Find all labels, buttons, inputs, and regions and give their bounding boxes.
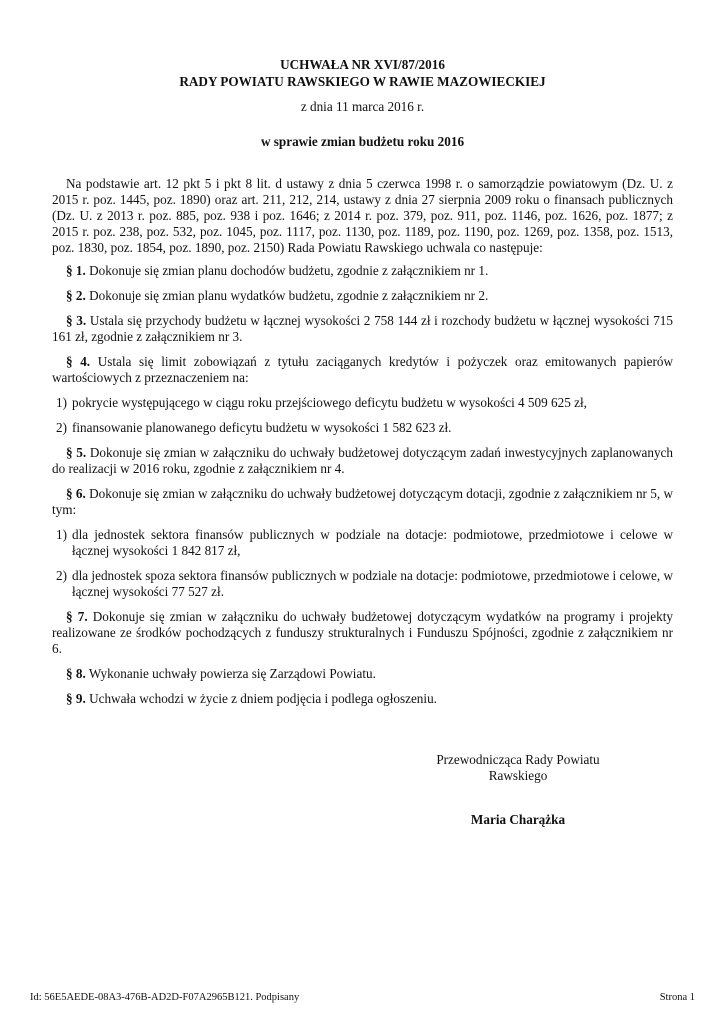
- document-page: UCHWAŁA NR XVI/87/2016 RADY POWIATU RAWS…: [0, 0, 725, 1024]
- signatory-name: Maria Charążka: [400, 812, 636, 828]
- list-text: finansowanie planowanego deficytu budżet…: [72, 420, 451, 435]
- resolution-title: UCHWAŁA NR XVI/87/2016 RADY POWIATU RAWS…: [0, 56, 725, 90]
- list-text: dla jednostek sektora finansów publiczny…: [72, 527, 673, 558]
- list-number: 1): [56, 527, 67, 543]
- section-text: Wykonanie uchwały powierza się Zarządowi…: [86, 666, 376, 681]
- list-item: 2)finansowanie planowanego deficytu budż…: [52, 420, 673, 436]
- list-text: pokrycie występującego w ciągu roku prze…: [72, 395, 587, 410]
- section-text: Dokonuje się zmian w załączniku do uchwa…: [52, 609, 673, 656]
- title-line-1: UCHWAŁA NR XVI/87/2016: [0, 56, 725, 73]
- resolution-subject: w sprawie zmian budżetu roku 2016: [0, 134, 725, 150]
- section-mark: § 2.: [66, 288, 86, 303]
- preamble: Na podstawie art. 12 pkt 5 i pkt 8 lit. …: [52, 176, 673, 256]
- section-mark: § 5.: [66, 445, 86, 460]
- section-4: § 4. Ustala się limit zobowiązań z tytuł…: [52, 354, 673, 386]
- section-text: Dokonuje się zmian planu wydatków budżet…: [86, 288, 488, 303]
- list-text: dla jednostek spoza sektora finansów pub…: [72, 568, 673, 599]
- section-text: Ustala się przychody budżetu w łącznej w…: [52, 313, 673, 344]
- document-body: Na podstawie art. 12 pkt 5 i pkt 8 lit. …: [52, 176, 673, 716]
- signature-role: Przewodnicząca Rady Powiatu Rawskiego: [400, 752, 636, 784]
- list-item: 2)dla jednostek spoza sektora finansów p…: [52, 568, 673, 600]
- list-item: 1)dla jednostek sektora finansów publicz…: [52, 527, 673, 559]
- section-text: Ustala się limit zobowiązań z tytułu zac…: [52, 354, 673, 385]
- section-mark: § 8.: [66, 666, 86, 681]
- list-number: 1): [56, 395, 67, 411]
- section-mark: § 4.: [66, 354, 90, 369]
- section-6: § 6. Dokonuje się zmian w załączniku do …: [52, 486, 673, 518]
- section-5: § 5. Dokonuje się zmian w załączniku do …: [52, 445, 673, 477]
- list-number: 2): [56, 420, 67, 436]
- page-number: Strona 1: [660, 992, 695, 1003]
- section-mark: § 1.: [66, 263, 86, 278]
- signature-role-line-1: Przewodnicząca Rady Powiatu: [400, 752, 636, 768]
- section-mark: § 9.: [66, 691, 86, 706]
- list-item: 1)pokrycie występującego w ciągu roku pr…: [52, 395, 673, 411]
- section-7: § 7. Dokonuje się zmian w załączniku do …: [52, 609, 673, 657]
- section-3: § 3. Ustala się przychody budżetu w łącz…: [52, 313, 673, 345]
- section-8: § 8. Wykonanie uchwały powierza się Zarz…: [52, 666, 673, 682]
- section-text: Dokonuje się zmian w załączniku do uchwa…: [52, 486, 673, 517]
- section-text: Uchwała wchodzi w życie z dniem podjęcia…: [86, 691, 437, 706]
- section-mark: § 6.: [66, 486, 86, 501]
- section-mark: § 3.: [66, 313, 86, 328]
- resolution-date: z dnia 11 marca 2016 r.: [0, 99, 725, 115]
- section-1: § 1. Dokonuje się zmian planu dochodów b…: [52, 263, 673, 279]
- title-line-2: RADY POWIATU RAWSKIEGO W RAWIE MAZOWIECK…: [0, 73, 725, 90]
- document-id: Id: 56E5AEDE-08A3-476B-AD2D-F07A2965B121…: [30, 992, 299, 1003]
- section-mark: § 7.: [66, 609, 88, 624]
- section-2: § 2. Dokonuje się zmian planu wydatków b…: [52, 288, 673, 304]
- section-9: § 9. Uchwała wchodzi w życie z dniem pod…: [52, 691, 673, 707]
- signature-role-line-2: Rawskiego: [400, 768, 636, 784]
- list-number: 2): [56, 568, 67, 584]
- section-text: Dokonuje się zmian w załączniku do uchwa…: [52, 445, 673, 476]
- section-text: Dokonuje się zmian planu dochodów budżet…: [86, 263, 488, 278]
